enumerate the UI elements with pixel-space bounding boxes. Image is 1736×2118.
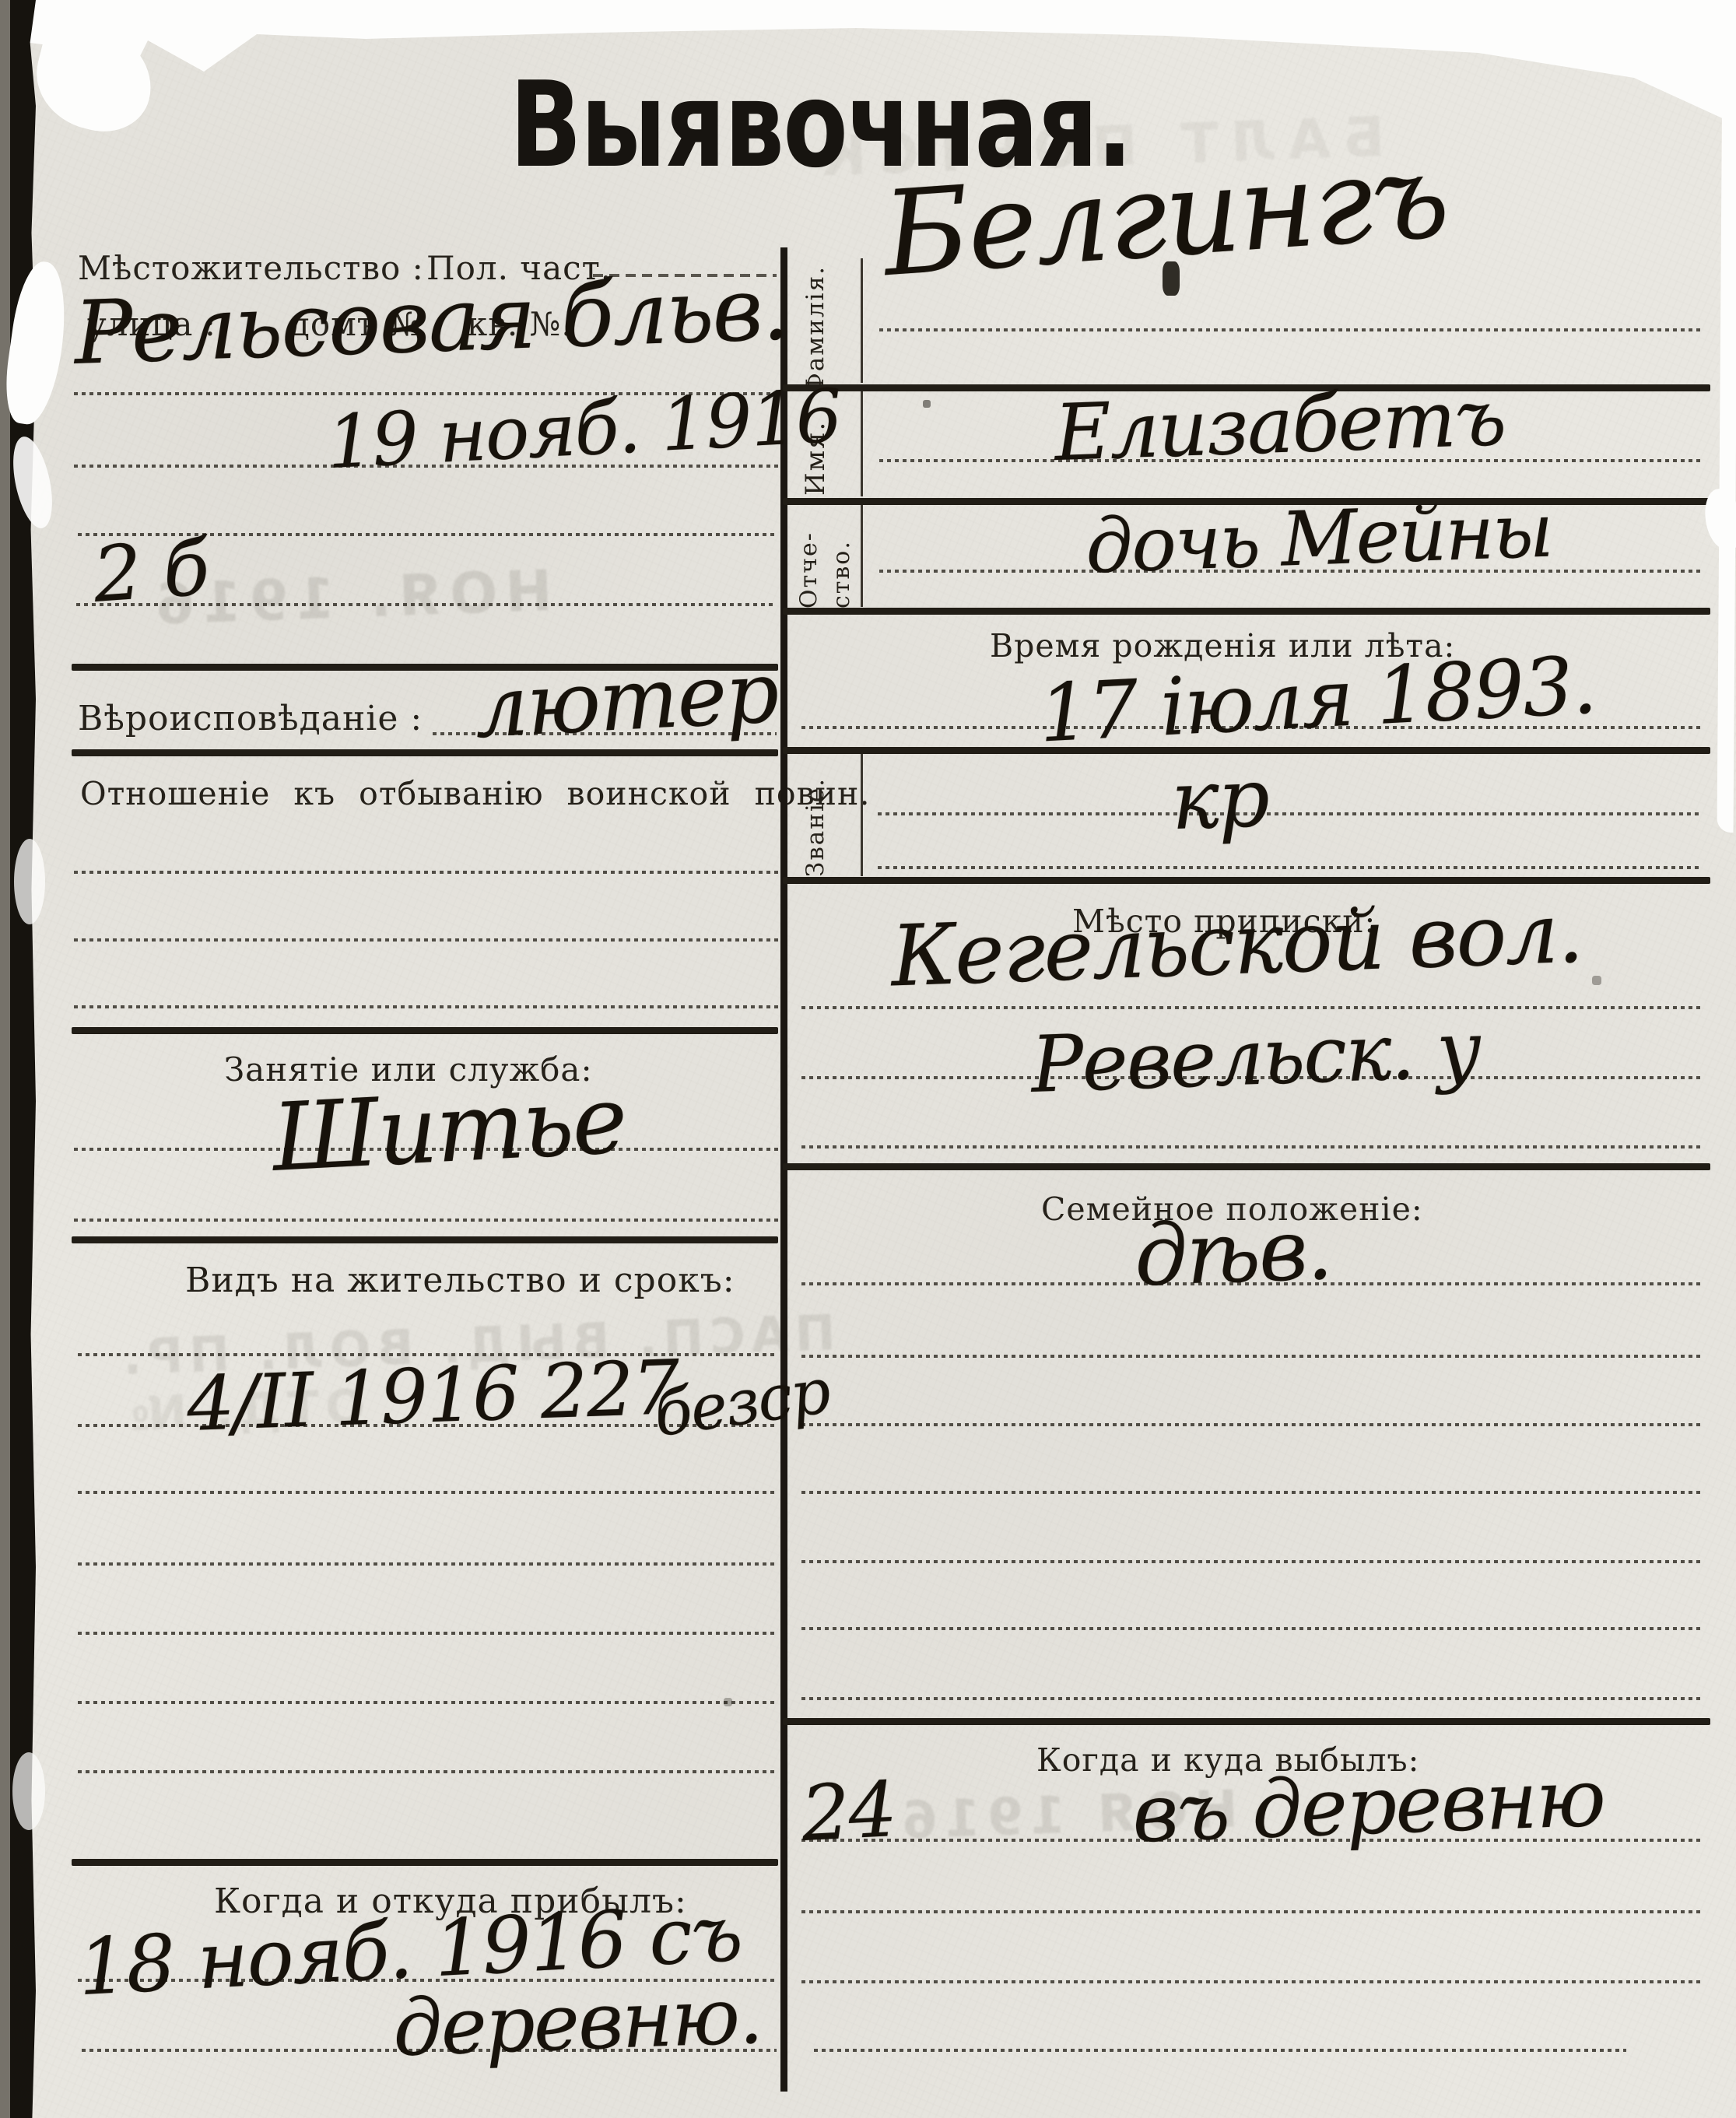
patronymic-entry-handwriting: дочь Мейны xyxy=(1084,487,1553,591)
departure-entry-handwriting: въ деревню xyxy=(1131,1752,1606,1860)
arrival-entry-line2-handwriting: деревню. xyxy=(391,1970,763,2074)
ruled-line xyxy=(801,1355,1703,1358)
residence-permit-label: Видъ на жительство и срокъ: xyxy=(185,1261,735,1300)
label-column-rule xyxy=(861,258,863,383)
ruled-line xyxy=(801,1006,1703,1009)
section-divider-line xyxy=(72,1236,778,1243)
patronymic-label-line1: Отче- xyxy=(795,507,822,608)
ruled-line xyxy=(74,938,778,942)
ruled-line xyxy=(814,2049,1626,2052)
ruled-line xyxy=(78,1562,777,1566)
military-service-label: Отношеніе къ отбыванію воинской повин. xyxy=(80,775,870,812)
ruled-line xyxy=(74,871,778,874)
section-divider-line xyxy=(72,749,778,756)
departure-day-handwriting: 24 xyxy=(799,1766,898,1859)
registration-entry-line2-handwriting: Ревельск. у xyxy=(1029,1004,1482,1110)
ruled-line xyxy=(78,1701,777,1704)
ruled-line xyxy=(801,1145,1703,1148)
ruled-line xyxy=(879,328,1703,331)
religion-entry-handwriting: лютер xyxy=(472,644,780,757)
registration-entry-line1-handwriting: Кегельской вол. xyxy=(889,885,1583,1006)
ruled-line xyxy=(801,1627,1703,1630)
binding-strip-edge xyxy=(0,0,10,2118)
ruled-line xyxy=(878,812,1703,815)
label-column-rule xyxy=(861,504,863,607)
row-divider-line xyxy=(783,1718,1710,1725)
registration-card-scan: БАЛТ ПОРТСК НОЯ. 1916 ПАСП. ВЫД. ВОЛ. ПР… xyxy=(0,0,1736,2118)
occupation-entry-handwriting: Шитье xyxy=(270,1066,629,1193)
label-column-rule xyxy=(861,389,863,496)
ruled-line xyxy=(78,1491,777,1494)
house-entry-handwriting: 2 б xyxy=(90,524,211,620)
ruled-line xyxy=(801,1910,1703,1913)
ruled-line xyxy=(801,1491,1703,1494)
ruled-line xyxy=(801,1980,1703,1983)
ink-blot xyxy=(1592,976,1601,985)
torn-left-patch xyxy=(12,1752,45,1830)
registration-date-handwriting: 19 нояб. 1916 xyxy=(325,374,843,486)
section-divider-line xyxy=(72,1859,778,1866)
ruled-line xyxy=(801,1697,1703,1700)
rank-entry-handwriting: кр xyxy=(1170,750,1270,848)
row-divider-line xyxy=(783,1163,1710,1170)
label-column-rule xyxy=(861,753,863,876)
torn-right-edge xyxy=(1717,54,1736,833)
torn-right-notch xyxy=(1701,486,1736,552)
torn-left-patch xyxy=(14,839,45,924)
patronymic-label-line2: ство. xyxy=(828,507,855,608)
row-divider-line xyxy=(783,608,1710,615)
ruled-line xyxy=(78,1770,777,1773)
ink-blot xyxy=(724,1698,732,1706)
permit-entry-handwriting: 4/ІІ 1916 227 xyxy=(185,1344,679,1448)
ruled-line xyxy=(801,1423,1703,1426)
ruled-line xyxy=(801,1560,1703,1563)
rank-label: Званіе. xyxy=(801,756,829,877)
ruled-line xyxy=(74,1005,778,1008)
ruled-line xyxy=(78,1632,777,1635)
section-divider-line xyxy=(72,1027,778,1034)
ink-blot xyxy=(923,400,931,408)
religion-label: Вѣроисповѣданіе : xyxy=(78,699,423,738)
ruled-line xyxy=(878,866,1703,869)
name-entry-handwriting: Елизабетъ xyxy=(1053,372,1506,479)
row-divider-line xyxy=(783,877,1710,884)
ruled-line xyxy=(74,1219,778,1222)
surname-label: Фамилія. xyxy=(801,261,829,393)
family-status-entry-handwriting: дѣв. xyxy=(1133,1201,1333,1306)
